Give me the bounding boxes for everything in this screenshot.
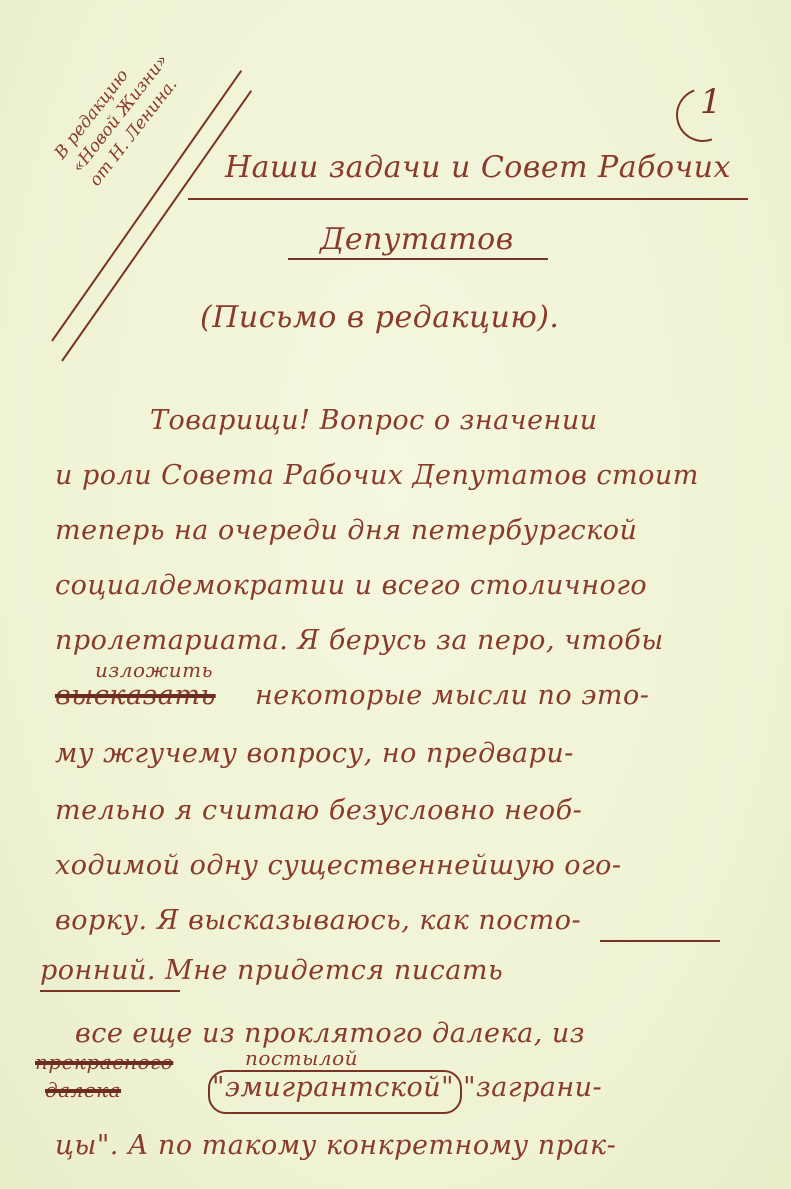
inserted-word-izlozhit: изложить: [95, 658, 213, 682]
inserted-word-postyloy: постылой: [245, 1046, 358, 1070]
body-line-3: теперь на очереди дня петербургской: [55, 515, 637, 546]
page-number: 1: [700, 82, 722, 122]
body-line-14: цы". А по такому конкретному прак-: [55, 1130, 616, 1161]
struck-word-prekrasnogo: прекрасного: [35, 1050, 173, 1074]
body-line-12: все еще из проклятого далека, из: [75, 1018, 585, 1049]
title-line-2: Депутатов: [320, 222, 514, 257]
margin-note: В редакцию «Новой Жизни» от Н. Ленина.: [50, 37, 191, 191]
body-line-9: ходимой одну существеннейшую ого-: [55, 850, 622, 881]
underline-posto: [600, 940, 720, 942]
subtitle: (Письмо в редакцию).: [200, 300, 559, 335]
body-line-13: "эмигрантской" "заграни-: [212, 1072, 602, 1103]
body-line-7: му жгучему вопросу, но предвари-: [55, 738, 574, 769]
body-line-2: и роли Совета Рабочих Депутатов стоит: [55, 460, 699, 491]
body-line-5: пролетариата. Я берусь за перо, чтобы: [55, 625, 664, 656]
body-line-10: ворку. Я высказываюсь, как посто-: [55, 905, 581, 936]
body-line-11: ронний. Мне придется писать: [40, 955, 503, 986]
struck-word-daleka: далека: [45, 1078, 121, 1102]
body-line-8: тельно я считаю безусловно необ-: [55, 795, 582, 826]
title-line-1: Наши задачи и Совет Рабочих: [225, 150, 731, 185]
title-underline-1: [188, 198, 748, 200]
body-line-6: некоторые мысли по это-: [255, 680, 649, 711]
body-line-1: Товарищи! Вопрос о значении: [150, 405, 598, 436]
manuscript-page: В редакцию «Новой Жизни» от Н. Ленина. 1…: [0, 0, 791, 1189]
title-underline-2: [288, 258, 548, 260]
struck-word-vyskazat: высказать: [55, 680, 216, 711]
body-line-4: социалдемократии и всего столичного: [55, 570, 647, 601]
underline-ronniy: [40, 990, 180, 992]
